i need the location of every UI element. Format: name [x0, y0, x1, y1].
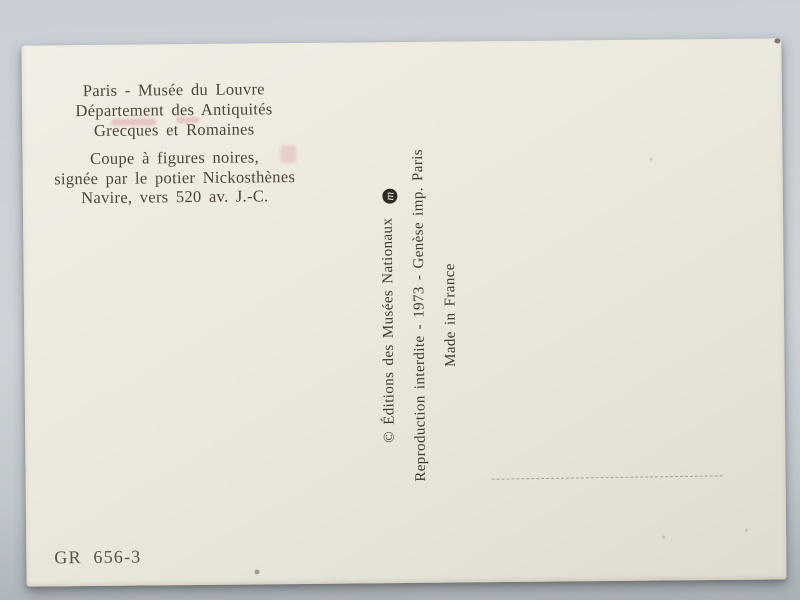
pink-smudge [280, 145, 296, 163]
publisher-imprint-block: © Éditions des Musées Nationaux m Reprod… [372, 125, 469, 506]
artwork-artist-line: signée par le potier Nickosthènes [23, 166, 327, 188]
address-divider-line [492, 475, 723, 479]
stain-speck [662, 536, 665, 539]
origin-line: Made in France [434, 125, 469, 505]
photo-background: Paris - Musée du Louvre Département des … [0, 0, 800, 600]
publisher-credit: © Éditions des Musées Nationaux [380, 218, 398, 443]
pink-smudge [111, 118, 156, 125]
musees-nationaux-logo-icon: m [382, 188, 397, 203]
stain-speck [745, 529, 748, 532]
postcard-back: Paris - Musée du Louvre Département des … [21, 38, 786, 586]
stain-speck [254, 569, 259, 574]
pink-smudge [176, 117, 199, 123]
museum-title-block: Paris - Musée du Louvre Département des … [22, 79, 327, 142]
corner-mark [774, 38, 780, 43]
print-credit-line: Reproduction interdite - 1973 - Genèse i… [403, 125, 438, 505]
inventory-number: GR 656-3 [54, 547, 141, 569]
museum-department-line2: Grecques et Romaines [22, 119, 326, 142]
stain-speck [650, 158, 653, 161]
publisher-credit-line: © Éditions des Musées Nationaux m [372, 126, 407, 506]
artwork-date-line: Navire, vers 520 av. J.-C. [23, 186, 327, 208]
